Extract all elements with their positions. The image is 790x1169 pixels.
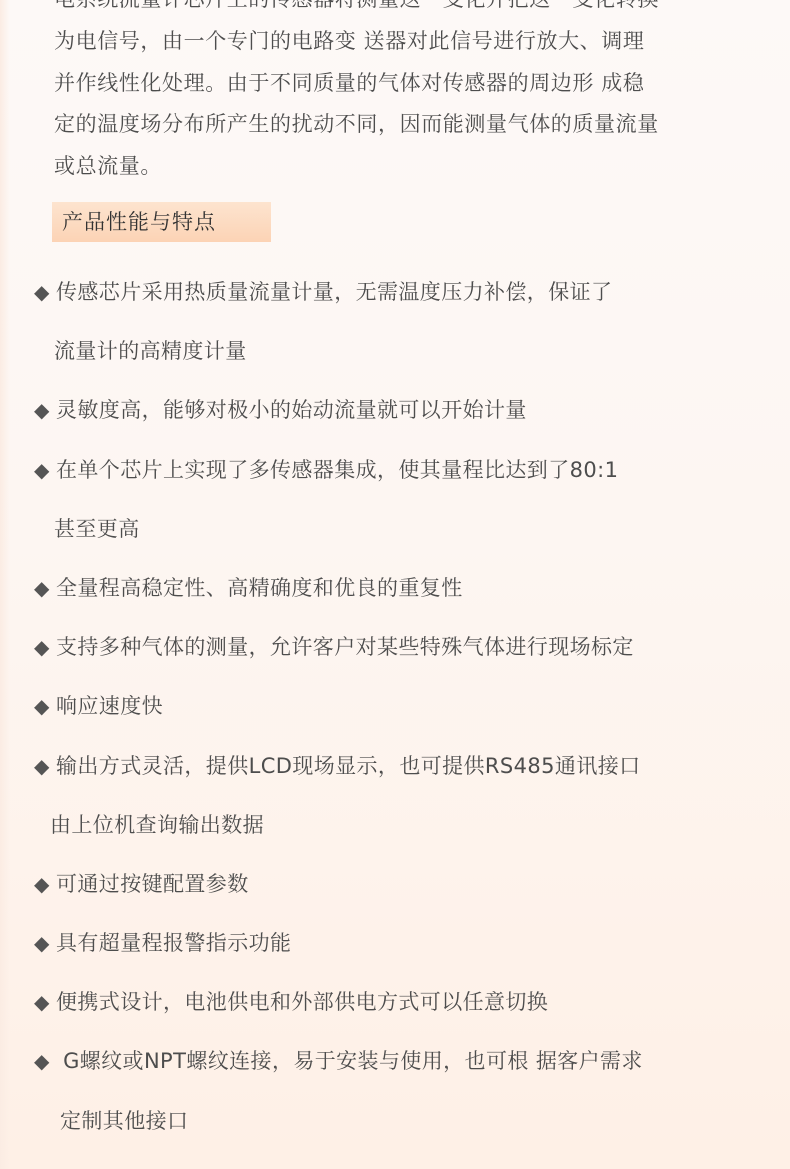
diamond-bullet-icon: ◆	[34, 627, 56, 667]
feature-text: 响应速度快	[56, 694, 163, 718]
feature-list: ◆传感芯片采用热质量流量计量，无需温度压力补偿，保证了 流量计的高精度计量 ◆灵…	[34, 272, 774, 1160]
diamond-bullet-icon: ◆	[34, 450, 56, 490]
feature-item: ◆全量程高稳定性、高精确度和优良的重复性	[34, 568, 774, 627]
diamond-bullet-icon: ◆	[34, 686, 56, 726]
diamond-bullet-icon: ◆	[34, 746, 56, 786]
feature-item: ◆响应速度快	[34, 686, 774, 745]
decorative-left-edge	[0, 0, 10, 1169]
feature-item: ◆支持多种气体的测量，允许客户对某些特殊气体进行现场标定	[34, 627, 774, 686]
diamond-bullet-icon: ◆	[34, 923, 56, 963]
intro-line: 定的温度场分布所产生的扰动不同，因而能测量气体的质量流量	[54, 104, 764, 146]
intro-paragraph: 电系统流量计芯片上的传感器将测量这一变化并把这一变化转换 为电信号，由一个专门的…	[54, 0, 764, 188]
feature-text: 灵敏度高，能够对极小的始动流量就可以开始计量	[56, 398, 527, 422]
intro-line: 或总流量。	[54, 146, 764, 188]
feature-item: ◆ G螺纹或NPT螺纹连接，易于安装与使用，也可根 据客户需求	[34, 1041, 774, 1100]
diamond-bullet-icon: ◆	[34, 982, 56, 1022]
feature-item: ◆灵敏度高，能够对极小的始动流量就可以开始计量	[34, 390, 774, 449]
diamond-bullet-icon: ◆	[34, 864, 56, 904]
intro-line: 并作线性化处理。由于不同质量的气体对传感器的周边形 成稳	[54, 63, 764, 105]
feature-item-continuation: 流量计的高精度计量	[34, 331, 774, 390]
feature-text: G螺纹或NPT螺纹连接，易于安装与使用，也可根 据客户需求	[56, 1049, 643, 1073]
intro-line: 为电信号，由一个专门的电路变 送器对此信号进行放大、调理	[54, 21, 764, 63]
feature-item: ◆传感芯片采用热质量流量计量，无需温度压力补偿，保证了	[34, 272, 774, 331]
diamond-bullet-icon: ◆	[34, 272, 56, 312]
feature-item: ◆输出方式灵活，提供LCD现场显示，也可提供RS485通讯接口	[34, 746, 774, 805]
feature-text: 输出方式灵活，提供LCD现场显示，也可提供RS485通讯接口	[56, 754, 641, 778]
feature-text: 可通过按键配置参数	[56, 872, 249, 896]
diamond-bullet-icon: ◆	[34, 1041, 56, 1081]
section-heading: 产品性能与特点	[52, 202, 271, 242]
feature-item: ◆具有超量程报警指示功能	[34, 923, 774, 982]
intro-line: 电系统流量计芯片上的传感器将测量这一变化并把这一变化转换	[54, 0, 764, 21]
feature-text: 便携式设计，电池供电和外部供电方式可以任意切换	[56, 990, 548, 1014]
feature-item-continuation: 甚至更高	[34, 509, 774, 568]
feature-text: 具有超量程报警指示功能	[56, 931, 291, 955]
feature-text: 支持多种气体的测量，允许客户对某些特殊气体进行现场标定	[56, 635, 634, 659]
feature-item: ◆可通过按键配置参数	[34, 864, 774, 923]
feature-text: 全量程高稳定性、高精确度和优良的重复性	[56, 576, 463, 600]
feature-item-continuation: 定制其他接口	[34, 1101, 774, 1160]
feature-item-continuation: 由上位机查询输出数据	[34, 805, 774, 864]
diamond-bullet-icon: ◆	[34, 390, 56, 430]
feature-text: 传感芯片采用热质量流量计量，无需温度压力补偿，保证了	[56, 280, 612, 304]
feature-item: ◆在单个芯片上实现了多传感器集成，使其量程比达到了80:1	[34, 450, 774, 509]
diamond-bullet-icon: ◆	[34, 568, 56, 608]
feature-text: 在单个芯片上实现了多传感器集成，使其量程比达到了80:1	[56, 458, 618, 482]
feature-item: ◆便携式设计，电池供电和外部供电方式可以任意切换	[34, 982, 774, 1041]
